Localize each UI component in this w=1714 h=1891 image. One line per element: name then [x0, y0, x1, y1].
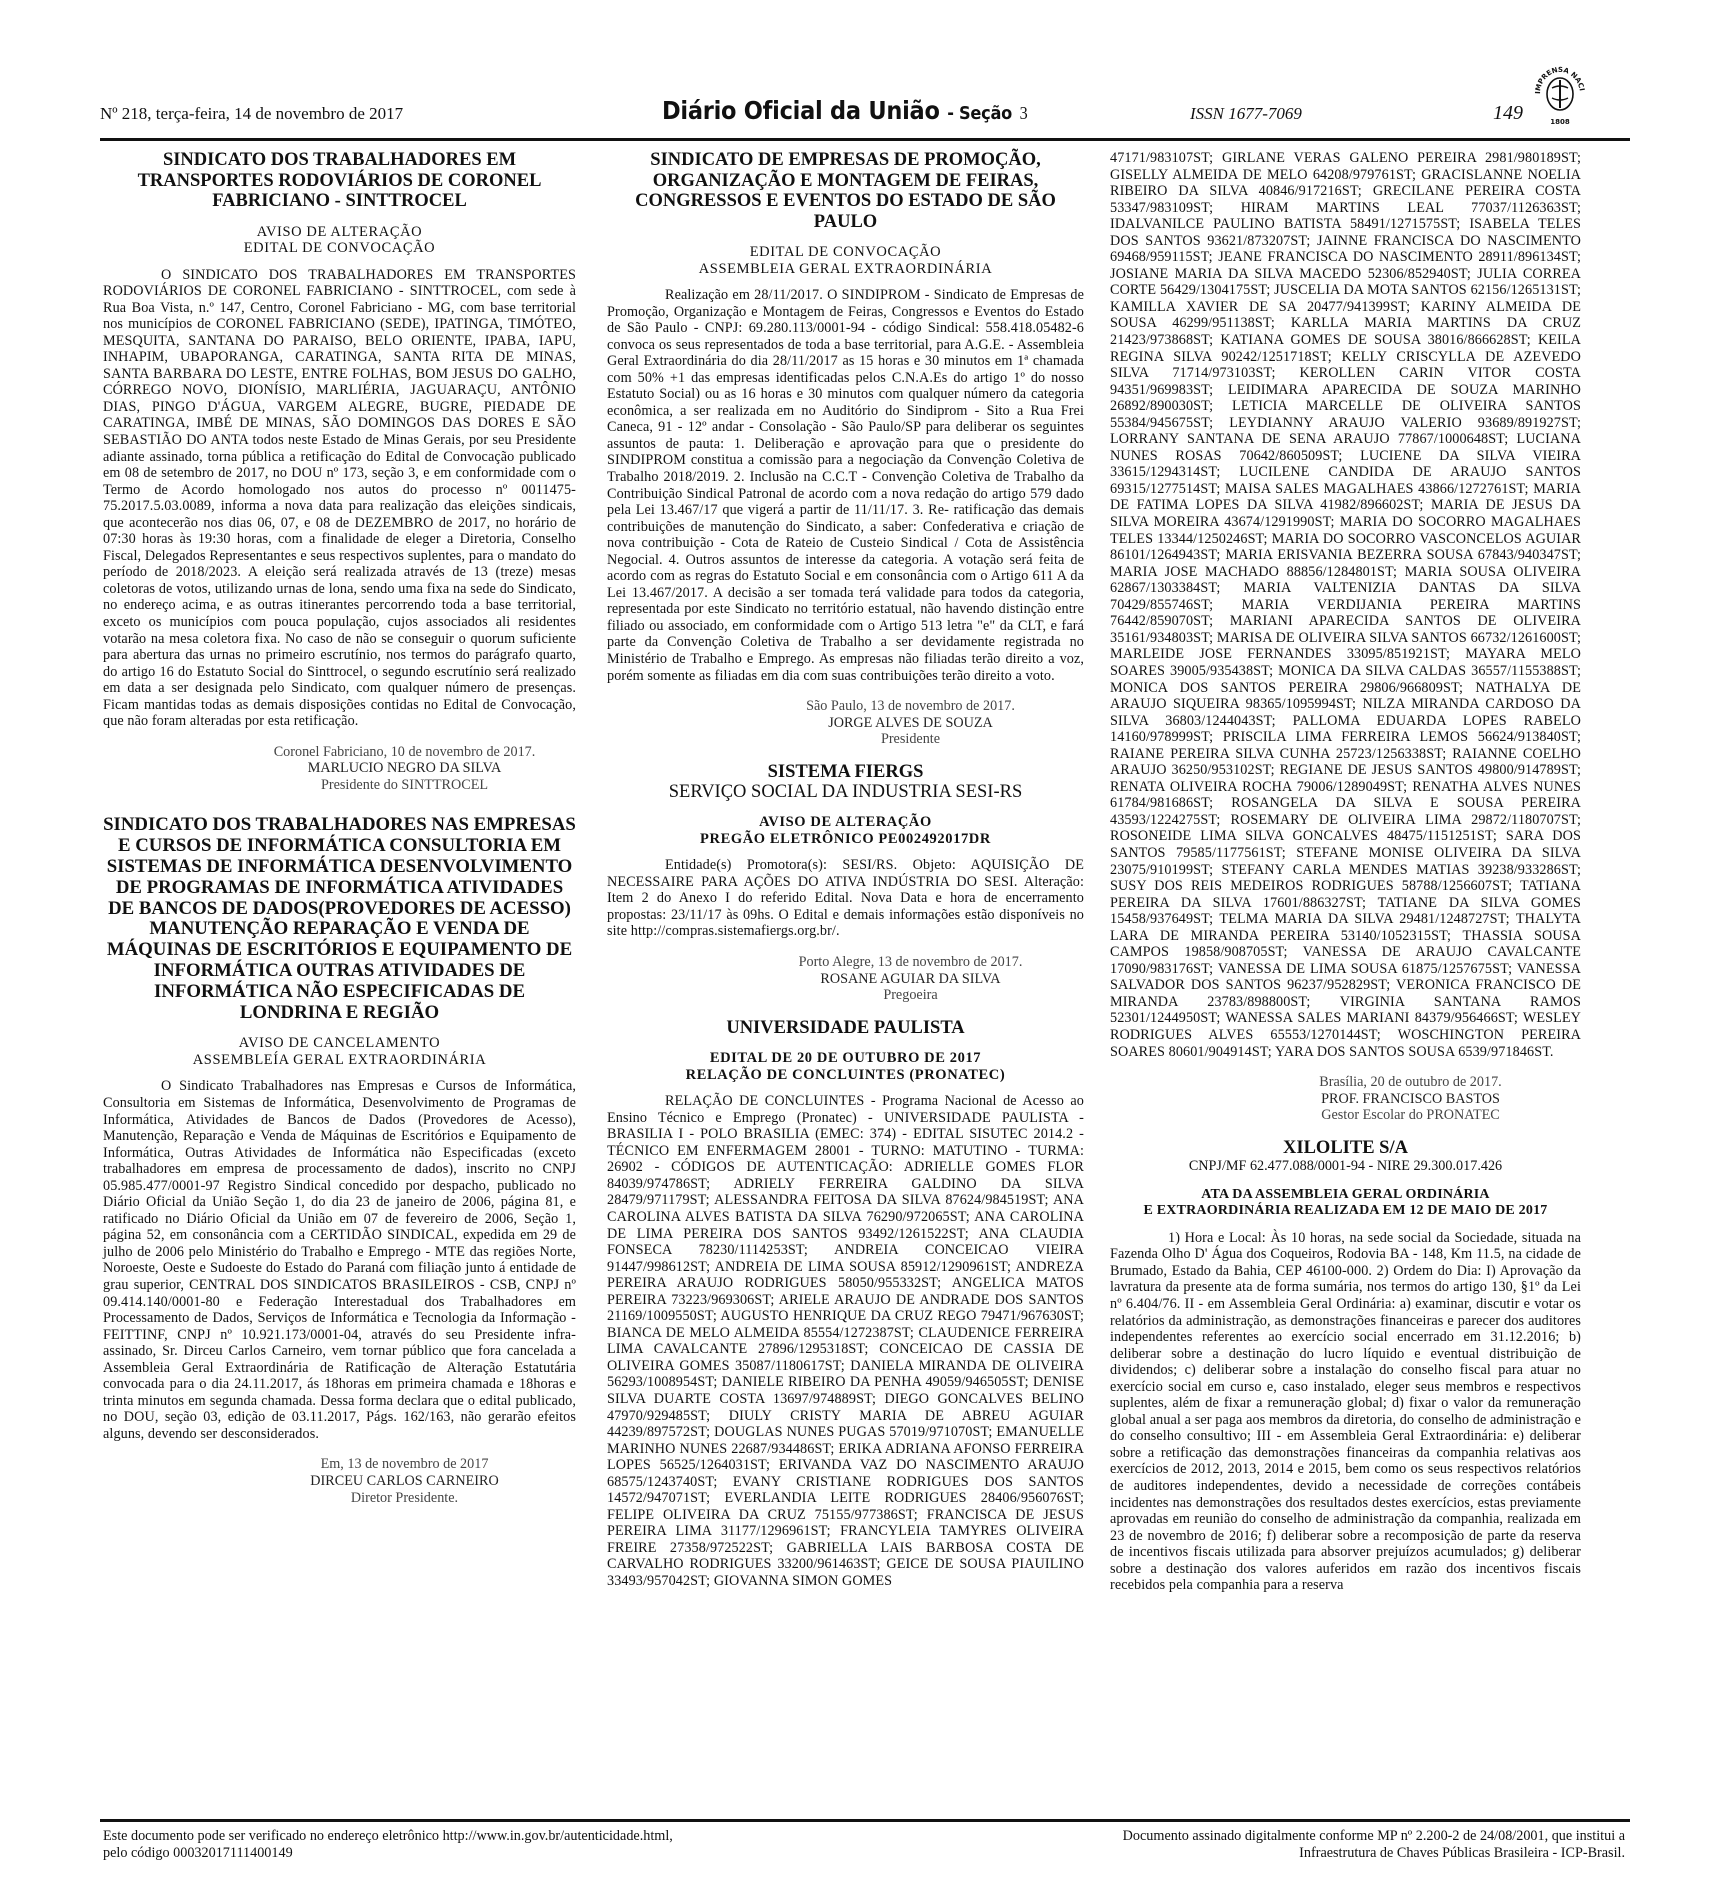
svg-text:IMPRENSA NACIONAL: IMPRENSA NACIONAL	[1532, 54, 1586, 94]
column-3: 47171/983107ST; GIRLANE VERAS GALENO PER…	[1110, 150, 1581, 1594]
signature-name: ROSANE AGUIAR DA SILVA	[737, 971, 1084, 988]
column-1: SINDICATO DOS TRABALHADORES EM TRANSPORT…	[103, 150, 576, 1506]
signature-block: São Paulo, 13 de novembro de 2017. JORGE…	[607, 698, 1084, 748]
page-number: 149	[1493, 102, 1523, 125]
signature-place-date: São Paulo, 13 de novembro de 2017.	[737, 698, 1084, 715]
org-title: UNIVERSIDADE PAULISTA	[607, 1018, 1084, 1039]
signature-block: Em, 13 de novembro de 2017 DIRCEU CARLOS…	[103, 1456, 576, 1506]
signature-name: PROF. FRANCISCO BASTOS	[1240, 1091, 1581, 1108]
notice-body: Realização em 28/11/2017. O SINDIPROM - …	[607, 287, 1084, 684]
publication-name: Diário Oficial da União	[662, 96, 940, 125]
notice-body: O SINDICATO DOS TRABALHADORES EM TRANSPO…	[103, 267, 576, 730]
footer-rule	[100, 1819, 1630, 1822]
signature-name: JORGE ALVES DE SOUZA	[737, 715, 1084, 732]
imprensa-nacional-seal-icon: IMPRENSA NACIONAL 1808	[1532, 54, 1588, 130]
publication-title: Diário Oficial da União - Seção 3	[662, 96, 1027, 125]
company-registration: CNPJ/MF 62.477.088/0001-94 - NIRE 29.300…	[1110, 1158, 1581, 1175]
notice-body-continued: 47171/983107ST; GIRLANE VERAS GALENO PER…	[1110, 150, 1581, 1060]
column-2: SINDICATO DE EMPRESAS DE PROMOÇÃO, ORGAN…	[607, 150, 1084, 1590]
notice-sindiprom: SINDICATO DE EMPRESAS DE PROMOÇÃO, ORGAN…	[607, 150, 1084, 748]
notice-body: 1) Hora e Local: Às 10 horas, na sede so…	[1110, 1230, 1581, 1594]
org-title: SINDICATO DE EMPRESAS DE PROMOÇÃO, ORGAN…	[607, 150, 1084, 232]
notice-subtitle: EDITAL DE CONVOCAÇÃO ASSEMBLEIA GERAL EX…	[607, 244, 1084, 277]
signature-name: MARLUCIO NEGRO DA SILVA	[233, 760, 576, 777]
verification-url-line: Este documento pode ser verificado no en…	[103, 1828, 863, 1845]
signature-role: Pregoeira	[737, 987, 1084, 1004]
svg-text:1808: 1808	[1550, 118, 1570, 126]
signature-block: Brasília, 20 de outubro de 2017. PROF. F…	[1110, 1074, 1581, 1124]
notice-sinttrocel: SINDICATO DOS TRABALHADORES EM TRANSPORT…	[103, 150, 576, 793]
notice-subtitle: AVISO DE CANCELAMENTO ASSEMBLEÍA GERAL E…	[103, 1035, 576, 1068]
notice-body: O Sindicato Trabalhadores nas Empresas e…	[103, 1078, 576, 1442]
signature-place-date: Coronel Fabriciano, 10 de novembro de 20…	[233, 744, 576, 761]
issn: ISSN 1677-7069	[1190, 104, 1302, 124]
signature-place-date: Em, 13 de novembro de 2017	[233, 1456, 576, 1473]
verification-note: Este documento pode ser verificado no en…	[103, 1828, 863, 1862]
signature-name: DIRCEU CARLOS CARNEIRO	[233, 1473, 576, 1490]
signature-role: Diretor Presidente.	[233, 1490, 576, 1507]
notice-universidade-paulista: UNIVERSIDADE PAULISTA EDITAL DE 20 DE OU…	[607, 1018, 1084, 1590]
signature-place-date: Porto Alegre, 13 de novembro de 2017.	[737, 954, 1084, 971]
signature-role: Presidente	[737, 731, 1084, 748]
signature-block: Coronel Fabriciano, 10 de novembro de 20…	[103, 744, 576, 794]
notice-body: Entidade(s) Promotora(s): SESI/RS. Objet…	[607, 857, 1084, 940]
issue-date: Nº 218, terça-feira, 14 de novembro de 2…	[100, 104, 403, 124]
notice-subtitle: EDITAL DE 20 DE OUTUBRO DE 2017 RELAÇÃO …	[607, 1050, 1084, 1083]
signature-place-date: Brasília, 20 de outubro de 2017.	[1240, 1074, 1581, 1091]
signature-role: Gestor Escolar do PRONATEC	[1240, 1107, 1581, 1124]
notice-body: RELAÇÃO DE CONCLUINTES - Programa Nacion…	[607, 1093, 1084, 1589]
notice-sistema-fiergs: SISTEMA FIERGS SERVIÇO SOCIAL DA INDUSTR…	[607, 762, 1084, 1004]
notice-subtitle: AVISO DE ALTERAÇÃO PREGÃO ELETRÔNICO PE0…	[607, 814, 1084, 847]
page-header: Nº 218, terça-feira, 14 de novembro de 2…	[100, 100, 1630, 138]
org-title: SINDICATO DOS TRABALHADORES NAS EMPRESAS…	[103, 815, 576, 1023]
signature-role: Presidente do SINTTROCEL	[233, 777, 576, 794]
org-title: SISTEMA FIERGS	[607, 762, 1084, 783]
notice-subtitle: AVISO DE ALTERAÇÃO EDITAL DE CONVOCAÇÃO	[103, 224, 576, 257]
notice-xilolite: XILOLITE S/A CNPJ/MF 62.477.088/0001-94 …	[1110, 1138, 1581, 1594]
header-rule	[100, 138, 1630, 141]
verification-code: pelo código 00032017111400149	[103, 1845, 863, 1862]
org-title: SINDICATO DOS TRABALHADORES EM TRANSPORT…	[103, 150, 576, 212]
notice-londrina-informatica: SINDICATO DOS TRABALHADORES NAS EMPRESAS…	[103, 815, 576, 1506]
signature-block: Porto Alegre, 13 de novembro de 2017. RO…	[607, 954, 1084, 1004]
org-subtitle: SERVIÇO SOCIAL DA INDUSTRIA SESI-RS	[607, 782, 1084, 802]
org-title: XILOLITE S/A	[1110, 1138, 1581, 1159]
section-number: 3	[1020, 103, 1028, 123]
notice-subtitle: ATA DA ASSEMBLEIA GERAL ORDINÁRIA E EXTR…	[1110, 1187, 1581, 1220]
digital-signature-note: Documento assinado digitalmente conforme…	[960, 1828, 1625, 1862]
notice-universidade-paulista-continued: 47171/983107ST; GIRLANE VERAS GALENO PER…	[1110, 150, 1581, 1124]
section-label: Seção	[959, 103, 1012, 124]
